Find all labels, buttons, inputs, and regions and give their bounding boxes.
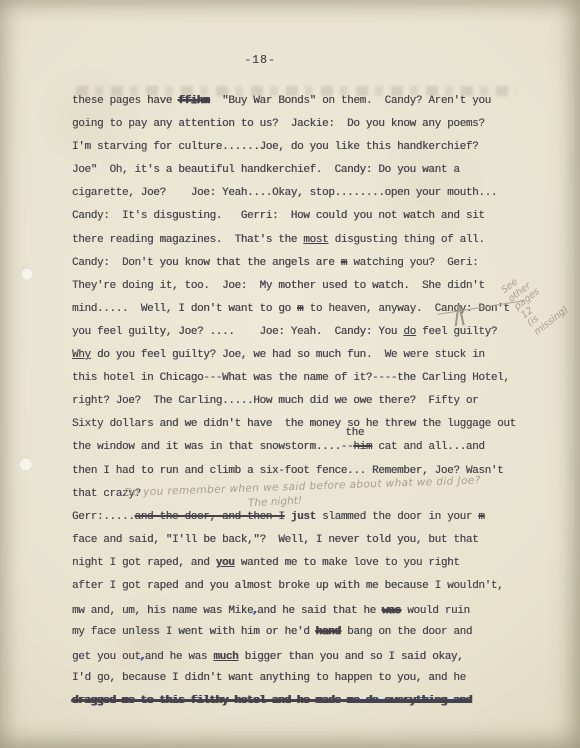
text-segment: do you feel guilty? Joe, we had so much … xyxy=(91,349,485,361)
typed-line: you feel guilty, Joe? .... Joe: Yeah. Ca… xyxy=(72,321,552,344)
text-segment: Gerr:..... xyxy=(72,511,135,523)
text-segment: cat and all...and xyxy=(372,441,485,453)
page-number: -18- xyxy=(180,54,340,67)
text-segment: these pages have xyxy=(72,95,178,107)
text-segment: m xyxy=(478,511,484,523)
insertion-caret-mark: ∧ xyxy=(451,295,468,333)
text-segment: I'd go, because I didn't want anything t… xyxy=(72,672,466,684)
typed-line: these pages have ffihm "Buy War Bonds" o… xyxy=(72,90,552,113)
text-segment: then I had to run and climb a six-foot f… xyxy=(72,465,503,477)
text-segment: Why xyxy=(72,349,91,361)
typed-line: after I got raped and you almost broke u… xyxy=(72,575,552,598)
text-segment: much xyxy=(213,651,238,663)
text-segment: Joe" Oh, it's a beautiful handkerchief. … xyxy=(72,164,460,176)
text-segment: bigger than you and so I said okay, xyxy=(238,651,463,663)
text-segment: to heaven, anyway. Candy: Don't xyxy=(303,303,509,315)
typed-line: cigarette, Joe? Joe: Yeah....Okay, stop.… xyxy=(72,182,552,205)
text-segment: bang on the door and xyxy=(341,626,472,638)
text-segment: Candy: Don't you know that the angels ar… xyxy=(72,257,341,269)
text-segment: going to pay any attention to us? Jackie… xyxy=(72,118,485,130)
text-segment: face and said, "I'll be back,"? Well, I … xyxy=(72,534,478,546)
text-segment: right? Joe? The Carling.....How much did… xyxy=(72,395,478,407)
text-segment: disgusting thing of all. xyxy=(328,234,484,246)
typed-line: Candy: It's disgusting. Gerri: How could… xyxy=(72,205,552,228)
typed-line: Gerr:.....and the door, and then I just … xyxy=(72,506,552,529)
text-segment: and he said that he xyxy=(257,605,382,617)
typed-line: I'd go, because I didn't want anything t… xyxy=(72,667,552,690)
text-segment: this hotel in Chicago---What was the nam… xyxy=(72,372,510,384)
text-segment: They're doing it, too. Joe: My mother us… xyxy=(72,280,485,292)
typed-line: Why do you feel guilty? Joe, we had so m… xyxy=(72,344,552,367)
text-segment: after I got raped and you almost broke u… xyxy=(72,580,503,592)
text-segment: was xyxy=(382,605,401,617)
text-segment: there reading magazines. That's the xyxy=(72,234,303,246)
text-segment: "Buy War Bonds" on them. Candy? Aren't y… xyxy=(210,95,491,107)
typed-line: going to pay any attention to us? Jackie… xyxy=(72,113,552,136)
typed-line: get you out,and he was much bigger than … xyxy=(72,644,552,667)
text-segment: night I got raped, and xyxy=(72,557,216,569)
typed-line: Joe" Oh, it's a beautiful handkerchief. … xyxy=(72,159,552,182)
text-segment: you xyxy=(216,557,235,569)
typed-line: I'm starving for culture......Joe, do yo… xyxy=(72,136,552,159)
text-segment: my face unless I went with him or he'd xyxy=(72,626,316,638)
text-segment: Candy: It's disgusting. Gerri: How could… xyxy=(72,210,485,222)
typed-line: mw and, um, his name was Mike,and he sai… xyxy=(72,598,552,621)
typed-line: face and said, "I'll be back,"? Well, I … xyxy=(72,529,552,552)
text-segment: and the door, and then I xyxy=(135,511,285,523)
hole-punch-bottom xyxy=(18,457,33,472)
typed-line: Candy: Don't you know that the angels ar… xyxy=(72,252,552,275)
typed-line: the window and it was in that snowstorm.… xyxy=(72,436,552,459)
text-segment: hand xyxy=(316,626,341,638)
typed-line: They're doing it, too. Joe: My mother us… xyxy=(72,275,552,298)
text-segment: just xyxy=(291,511,316,523)
typed-line: dragged me to this filthy hotel and he m… xyxy=(72,690,552,713)
scanned-manuscript-page: { "page": { "number_label": "-18-" }, "c… xyxy=(0,0,580,748)
text-segment: Sixty dollars and we didn't have the mon… xyxy=(72,418,516,430)
text-segment: would ruin xyxy=(401,605,470,617)
typed-line: night I got raped, and you wanted me to … xyxy=(72,552,552,575)
text-segment: dragged me to this filthy hotel and he m… xyxy=(72,695,347,707)
text-segment: you feel guilty, Joe? .... Joe: Yeah. Ca… xyxy=(72,326,403,338)
typewritten-lines: these pages have ffihm "Buy War Bonds" o… xyxy=(72,90,552,714)
typed-line: right? Joe? The Carling.....How much did… xyxy=(72,390,552,413)
text-segment: the window and it was in that snowstorm.… xyxy=(72,441,353,453)
typed-line: this hotel in Chicago---What was the nam… xyxy=(72,367,552,390)
typed-line: Sixty dollars and we didn't have the mon… xyxy=(72,413,552,436)
typed-line: there reading magazines. That's the most… xyxy=(72,229,552,252)
typed-line: mind..... Well, I don't want to go m to … xyxy=(72,298,552,321)
text-segment: cigarette, Joe? Joe: Yeah....Okay, stop.… xyxy=(72,187,497,199)
text-segment: mind..... Well, I don't want to go xyxy=(72,303,297,315)
text-segment: most xyxy=(303,234,328,246)
text-segment: ffihm xyxy=(178,95,209,107)
text-segment: slammed the door in your xyxy=(316,511,479,523)
text-segment: get you out xyxy=(72,651,141,663)
typed-line: my face unless I went with him or he'd h… xyxy=(72,621,552,644)
text-segment: do xyxy=(403,326,416,338)
text-segment: and he was xyxy=(145,651,214,663)
text-segment: mw and, um, his name was Mike xyxy=(72,605,253,617)
text-segment: I'm starving for culture......Joe, do yo… xyxy=(72,141,478,153)
hole-punch-top xyxy=(20,267,34,281)
text-segment: wanted me to make love to you right xyxy=(235,557,460,569)
text-segment: me do everything and xyxy=(347,695,472,707)
text-segment: watching you? Geri: xyxy=(347,257,478,269)
